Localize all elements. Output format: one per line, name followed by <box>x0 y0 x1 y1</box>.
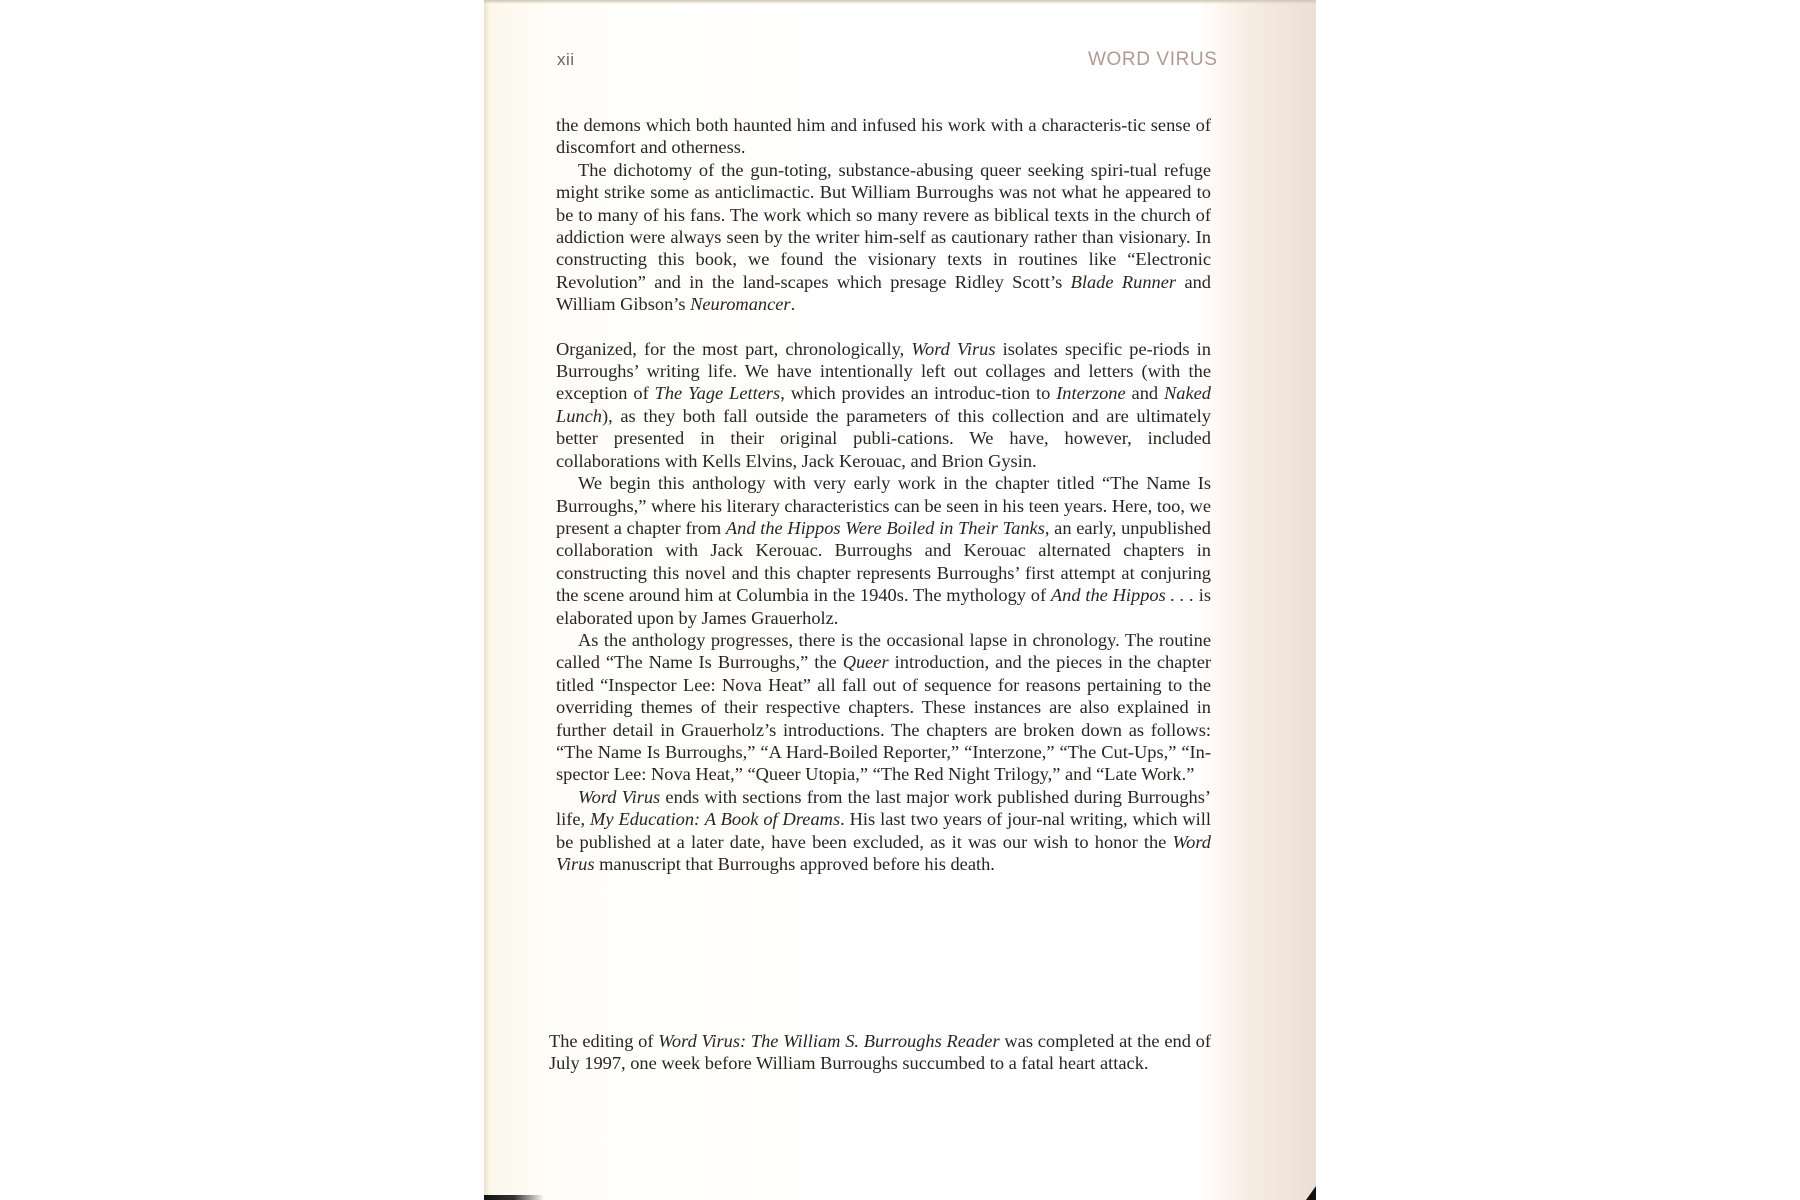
page-top-edge <box>484 0 1316 4</box>
paragraph-p3: Organized, for the most part, chronologi… <box>556 338 1211 472</box>
italic-title: And the Hippos Were Boiled in Their Tank… <box>726 518 1045 538</box>
text-run: and <box>1126 383 1164 403</box>
running-head: WORD VIRUS <box>1088 49 1218 71</box>
body-text: the demons which both haunted him and in… <box>556 114 1211 875</box>
text-run: the demons which both haunted him and in… <box>556 115 1211 157</box>
text-run: ), as they both fall outside the paramet… <box>556 406 1211 471</box>
italic-title: Queer <box>843 652 889 672</box>
paragraph-p4: We begin this anthology with very early … <box>556 472 1211 629</box>
text-run: , which provides an introduc-tion to <box>780 383 1056 403</box>
paragraph-p2: The dichotomy of the gun-toting, substan… <box>556 159 1211 316</box>
italic-title: Word Virus <box>911 339 995 359</box>
page-number: xii <box>557 50 575 70</box>
text-run: . <box>791 294 796 314</box>
book-cover-corner-left <box>484 1195 544 1200</box>
italic-title: Word Virus <box>578 787 660 807</box>
page-left-edge <box>484 0 490 1200</box>
italic-title: Blade Runner <box>1071 272 1176 292</box>
italic-title: My Education: A Book of Dreams <box>590 809 840 829</box>
italic-title: And the Hippos . . . <box>1051 585 1194 605</box>
text-run: manuscript that Burroughs approved befor… <box>595 854 995 874</box>
italic-title: Word Virus: The William S. Burroughs Rea… <box>658 1031 999 1051</box>
italic-title: The Yage Letters <box>655 383 781 403</box>
italic-title: Neuromancer <box>690 294 790 314</box>
paragraph-p5: As the anthology progresses, there is th… <box>556 629 1211 786</box>
closing-text: The editing of Word Virus: The William S… <box>549 1030 1211 1075</box>
text-run: The editing of <box>549 1031 658 1051</box>
closing-paragraph: The editing of Word Virus: The William S… <box>549 1030 1211 1075</box>
paragraph-p1: the demons which both haunted him and in… <box>556 114 1211 159</box>
paragraph-p6: Word Virus ends with sections from the l… <box>556 786 1211 876</box>
italic-title: Interzone <box>1056 383 1125 403</box>
text-run: Organized, for the most part, chronologi… <box>556 339 911 359</box>
